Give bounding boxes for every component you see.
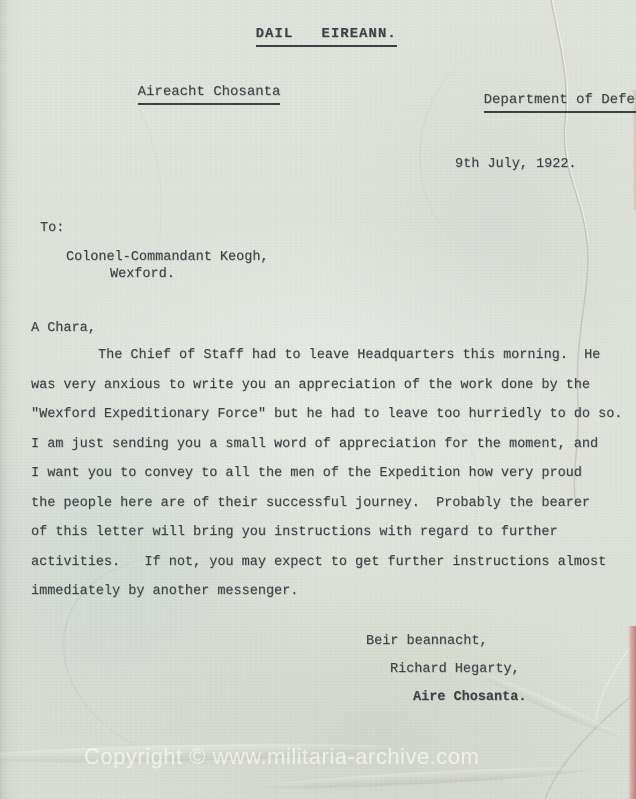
signatory-name: Richard Hegarty,	[390, 663, 520, 677]
body-line: immediately by another messenger.	[31, 584, 635, 614]
recipient-label: To:	[40, 222, 64, 236]
letterhead-dept-irish-text: Aireacht Chosanta	[138, 84, 281, 105]
body-line: was very anxious to write you an appreci…	[31, 378, 635, 408]
body-line: the people here are of their successful …	[31, 496, 635, 526]
date-line: 9th July, 1922.	[455, 158, 577, 172]
letterhead-title: DAIL EIREANN.	[218, 13, 397, 55]
copyright-watermark: Copyright © www.militaria-archive.com	[84, 744, 479, 770]
salutation: A Chara,	[31, 322, 96, 336]
body-line: The Chief of Staff had to leave Headquar…	[31, 348, 635, 378]
body-line: I am just sending you a small word of ap…	[31, 437, 635, 467]
paper-wrinkle	[475, 668, 625, 742]
recipient-name: Colonel-Commandant Keogh,	[66, 251, 269, 265]
valediction: Beir beannacht,	[366, 635, 488, 649]
signatory-title: Aire Chosanta.	[413, 691, 526, 705]
body-line: "Wexford Expeditionary Force" but he had…	[31, 407, 635, 437]
letterhead-title-text: DAIL EIREANN.	[256, 26, 397, 47]
letterhead-dept-english-text: Department of Defence	[484, 92, 636, 113]
body-line: of this letter will bring you instructio…	[31, 525, 635, 555]
body-line: I want you to convey to all the men of t…	[31, 466, 635, 496]
letterhead-dept-irish: Aireacht Chosanta	[104, 71, 280, 113]
letter-body: The Chief of Staff had to leave Headquar…	[31, 348, 635, 614]
letterhead-dept-english: Department of Defence	[450, 79, 636, 121]
adjacent-page-edge	[628, 626, 636, 799]
scanned-letter-page: DAIL EIREANN. Aireacht Chosanta Departme…	[0, 0, 636, 799]
body-line: activities. If not, you may expect to ge…	[31, 555, 635, 585]
map-bleedthrough-trace	[404, 27, 617, 273]
recipient-address: Wexford.	[110, 268, 175, 282]
